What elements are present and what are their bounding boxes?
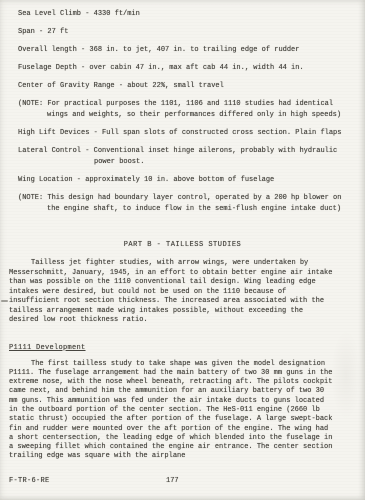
spec-note-performance: (NOTE: For practical purposes the 1101, … <box>18 99 356 121</box>
body-paragraph: The first tailless study to take shape w… <box>9 360 335 462</box>
spec-note-boundary-layer: (NOTE: This design had boundary layer co… <box>18 193 356 215</box>
section-heading: PART B - TAILLESS STUDIES <box>18 240 347 251</box>
spec-item-span: Span - 27 ft <box>18 27 356 38</box>
page-number: 177 <box>166 476 179 486</box>
spec-item-overall-length: Overall length - 368 in. to jet, 407 in.… <box>18 45 356 56</box>
spec-item-fuselage-depth: Fuselage Depth - over cabin 47 in., max … <box>18 63 356 74</box>
spec-item-wing-location: Wing Location - approximately 10 in. abo… <box>18 175 356 186</box>
report-id: F-TR-6-RE <box>9 476 50 486</box>
scan-artifact-smudge <box>331 330 361 420</box>
document-page: Sea Level Climb - 4330 ft/min Span - 27 … <box>0 0 365 500</box>
scan-artifact-dash <box>1 300 8 302</box>
subsection-heading: P1111 Development <box>9 343 365 353</box>
spec-item-cg-range: Center of Gravity Range - about 22%, sma… <box>18 81 356 92</box>
spec-item-lateral-control: Lateral Control - Conventional inset hin… <box>18 146 356 168</box>
spec-item-high-lift-devices: High Lift Devices - Full span slots of c… <box>18 128 356 139</box>
intro-paragraph: Tailless jet fighter studies, with arrow… <box>9 259 335 326</box>
spec-list: Sea Level Climb - 4330 ft/min Span - 27 … <box>18 9 356 215</box>
spec-item-sea-level-climb: Sea Level Climb - 4330 ft/min <box>18 9 356 20</box>
